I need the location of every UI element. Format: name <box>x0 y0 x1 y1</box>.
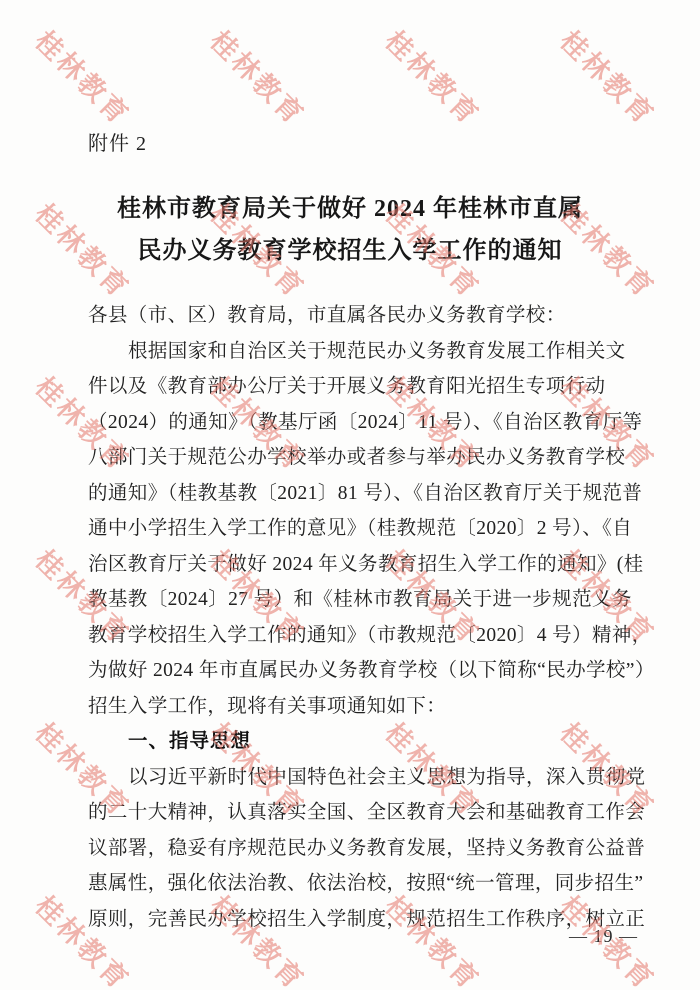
body-line: 的通知》（桂教基教〔2021〕81 号）、《自治区教育厅关于规范普 <box>88 476 620 512</box>
body-line: 八部门关于规范公办学校举办或者参与举办民办义务教育学校 <box>88 440 620 476</box>
body-line: 教基教〔2024〕27 号）和《桂林市教育局关于进一步规范义务 <box>88 582 620 618</box>
body-line: 通中小学招生入学工作的意见》（桂教规范〔2020〕2 号）、《自 <box>88 511 620 547</box>
body-line: 为做好 2024 年市直属民办义务教育学校（以下简称“民办学校”） <box>88 653 620 689</box>
title-line-1: 桂林市教育局关于做好 2024 年桂林市直属 <box>50 188 650 230</box>
body-text: 各县（市、区）教育局，市直属各民办义务教育学校：根据国家和自治区关于规范民办义务… <box>88 298 620 937</box>
document-page: 附件 2 桂林市教育局关于做好 2024 年桂林市直属 民办义务教育学校招生入学… <box>0 0 700 990</box>
body-line: 的二十大精神，认真落实全国、全区教育大会和基础教育工作会 <box>88 795 620 831</box>
body-line: （2024）的通知》（教基厅函〔2024〕11 号）、《自治区教育厅等 <box>88 405 620 441</box>
document-title: 桂林市教育局关于做好 2024 年桂林市直属 民办义务教育学校招生入学工作的通知 <box>50 188 650 272</box>
body-line: 教育学校招生入学工作的通知》（市教规范〔2020〕4 号）精神， <box>88 618 620 654</box>
body-line: 件以及《教育部办公厅关于开展义务教育阳光招生专项行动 <box>88 369 620 405</box>
page-number: — 19 — <box>569 926 638 947</box>
body-line: 招生入学工作，现将有关事项通知如下： <box>88 689 620 725</box>
attachment-label: 附件 2 <box>88 127 147 156</box>
document-content: 附件 2 桂林市教育局关于做好 2024 年桂林市直属 民办义务教育学校招生入学… <box>0 0 700 990</box>
section-heading: 一、指导思想 <box>88 724 620 760</box>
title-line-2: 民办义务教育学校招生入学工作的通知 <box>50 230 650 272</box>
body-line: 治区教育厅关于做好 2024 年义务教育招生入学工作的通知》(桂 <box>88 547 620 583</box>
body-line: 各县（市、区）教育局，市直属各民办义务教育学校： <box>88 298 620 334</box>
body-line: 原则，完善民办学校招生入学制度，规范招生工作秩序，树立正 <box>88 902 620 938</box>
body-line: 议部署，稳妥有序规范民办义务教育发展，坚持义务教育公益普 <box>88 831 620 867</box>
body-line: 惠属性，强化依法治教、依法治校，按照“统一管理，同步招生” <box>88 866 620 902</box>
body-line: 根据国家和自治区关于规范民办义务教育发展工作相关文 <box>88 334 620 370</box>
body-line: 以习近平新时代中国特色社会主义思想为指导，深入贯彻党 <box>88 760 620 796</box>
